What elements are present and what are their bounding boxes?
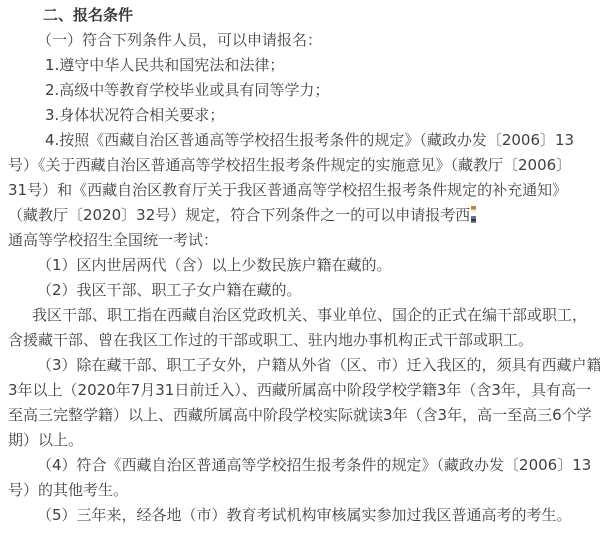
- text-line: 4.按照《西藏自治区普通高等学校招生报考条件的规定》（藏政办发〔2006〕13: [45, 128, 592, 153]
- text-line-text: （5）三年来，经各地（市）教育考试机构审核属实参加过我区普通高考的考生。: [37, 506, 572, 524]
- text-line: （3）除在藏干部、职工子女外，户籍从外省（区、市）迁入我区的，须具有西藏户籍: [37, 353, 592, 378]
- text-line: 含援藏干部、曾在我区工作过的干部或职工、驻内地办事机构正式干部或职工。: [8, 328, 592, 353]
- text-line: 31号）和《西藏自治区教育厅关于我区普通高等学校招生报考条件规定的补充通知》: [8, 178, 592, 203]
- article-body: 二、报名条件 （一）符合下列条件人员，可以申请报名： 1.遵守中华人民共和国宪法…: [0, 0, 600, 533]
- text-line-text: 4.按照《西藏自治区普通高等学校招生报考条件的规定》（藏政办发〔2006〕13: [45, 131, 574, 149]
- text-line: 3年以上（2020年7月31日前迁入）、西藏所属高中阶段学校学籍3年（含3年，具…: [8, 378, 592, 403]
- text-line: （2）我区干部、职工子女户籍在藏的。: [37, 278, 592, 303]
- text-line-text: （2）我区干部、职工子女户籍在藏的。: [37, 281, 302, 299]
- text-line-text: （3）除在藏干部、职工子女外，户籍从外省（区、市）迁入我区的，须具有西藏户籍: [37, 356, 600, 374]
- text-line-text: （藏教厅〔2020〕32号）规定，符合下列条件之一的可以申请报考西: [8, 206, 470, 224]
- text-line: 我区干部、职工指在西藏自治区党政机关、事业单位、国企的正式在编干部或职工，: [32, 303, 592, 328]
- section-heading: 二、报名条件: [43, 3, 592, 28]
- text-line-text: （1）区内世居两代（含）以上少数民族户籍在藏的。: [37, 256, 392, 274]
- text-line-text: （一）符合下列条件人员，可以申请报名：: [37, 31, 322, 49]
- text-line: 号）《关于西藏自治区普通高等学校招生报考条件规定的实施意见》（藏教厅〔2006〕: [8, 153, 592, 178]
- text-line-text: 含援藏干部、曾在我区工作过的干部或职工、驻内地办事机构正式干部或职工。: [8, 331, 533, 349]
- text-line: 期）以上。: [8, 428, 592, 453]
- text-line: 1.遵守中华人民共和国宪法和法律；: [45, 53, 592, 78]
- clipped-inline-image: [471, 206, 476, 223]
- text-line: 至高三完整学籍）以上、西藏所属高中阶段学校实际就读3年（含3年，高一至高三6个学: [8, 403, 592, 428]
- text-line: （1）区内世居两代（含）以上少数民族户籍在藏的。: [37, 253, 592, 278]
- text-line: 号）的其他考生。: [8, 478, 592, 503]
- text-line-text: 1.遵守中华人民共和国宪法和法律；: [45, 56, 284, 74]
- text-line-text: 号）《关于西藏自治区普通高等学校招生报考条件规定的实施意见》（藏教厅〔2006〕: [8, 156, 571, 174]
- text-line-text: 我区干部、职工指在西藏自治区党政机关、事业单位、国企的正式在编干部或职工，: [32, 306, 587, 324]
- text-line: 2.高级中等教育学校毕业或具有同等学力；: [45, 78, 592, 103]
- text-line-text: 至高三完整学籍）以上、西藏所属高中阶段学校实际就读3年（含3年，高一至高三6个学: [8, 406, 592, 424]
- text-line-text: 通高等学校招生全国统一考试：: [8, 231, 218, 249]
- text-line-text: 期）以上。: [8, 431, 83, 449]
- text-line-text: 31号）和《西藏自治区教育厅关于我区普通高等学校招生报考条件规定的补充通知》: [8, 181, 567, 199]
- text-line: （藏教厅〔2020〕32号）规定，符合下列条件之一的可以申请报考西: [8, 203, 592, 228]
- text-line-text: 二、报名条件: [43, 6, 133, 24]
- text-line: 通高等学校招生全国统一考试：: [8, 228, 592, 253]
- text-line-text: 3.身体状况符合相关要求；: [45, 106, 224, 124]
- text-line: （5）三年来，经各地（市）教育考试机构审核属实参加过我区普通高考的考生。: [37, 503, 592, 528]
- text-line: （4）符合《西藏自治区普通高等学校招生报考条件的规定》（藏政办发〔2006〕13: [37, 453, 592, 478]
- text-line-text: 号）的其他考生。: [8, 481, 128, 499]
- text-line: 3.身体状况符合相关要求；: [45, 103, 592, 128]
- text-line-text: （4）符合《西藏自治区普通高等学校招生报考条件的规定》（藏政办发〔2006〕13: [37, 456, 591, 474]
- text-line-text: 2.高级中等教育学校毕业或具有同等学力；: [45, 81, 329, 99]
- text-line: （一）符合下列条件人员，可以申请报名：: [37, 28, 592, 53]
- text-line-text: 3年以上（2020年7月31日前迁入）、西藏所属高中阶段学校学籍3年（含3年，具…: [8, 381, 591, 399]
